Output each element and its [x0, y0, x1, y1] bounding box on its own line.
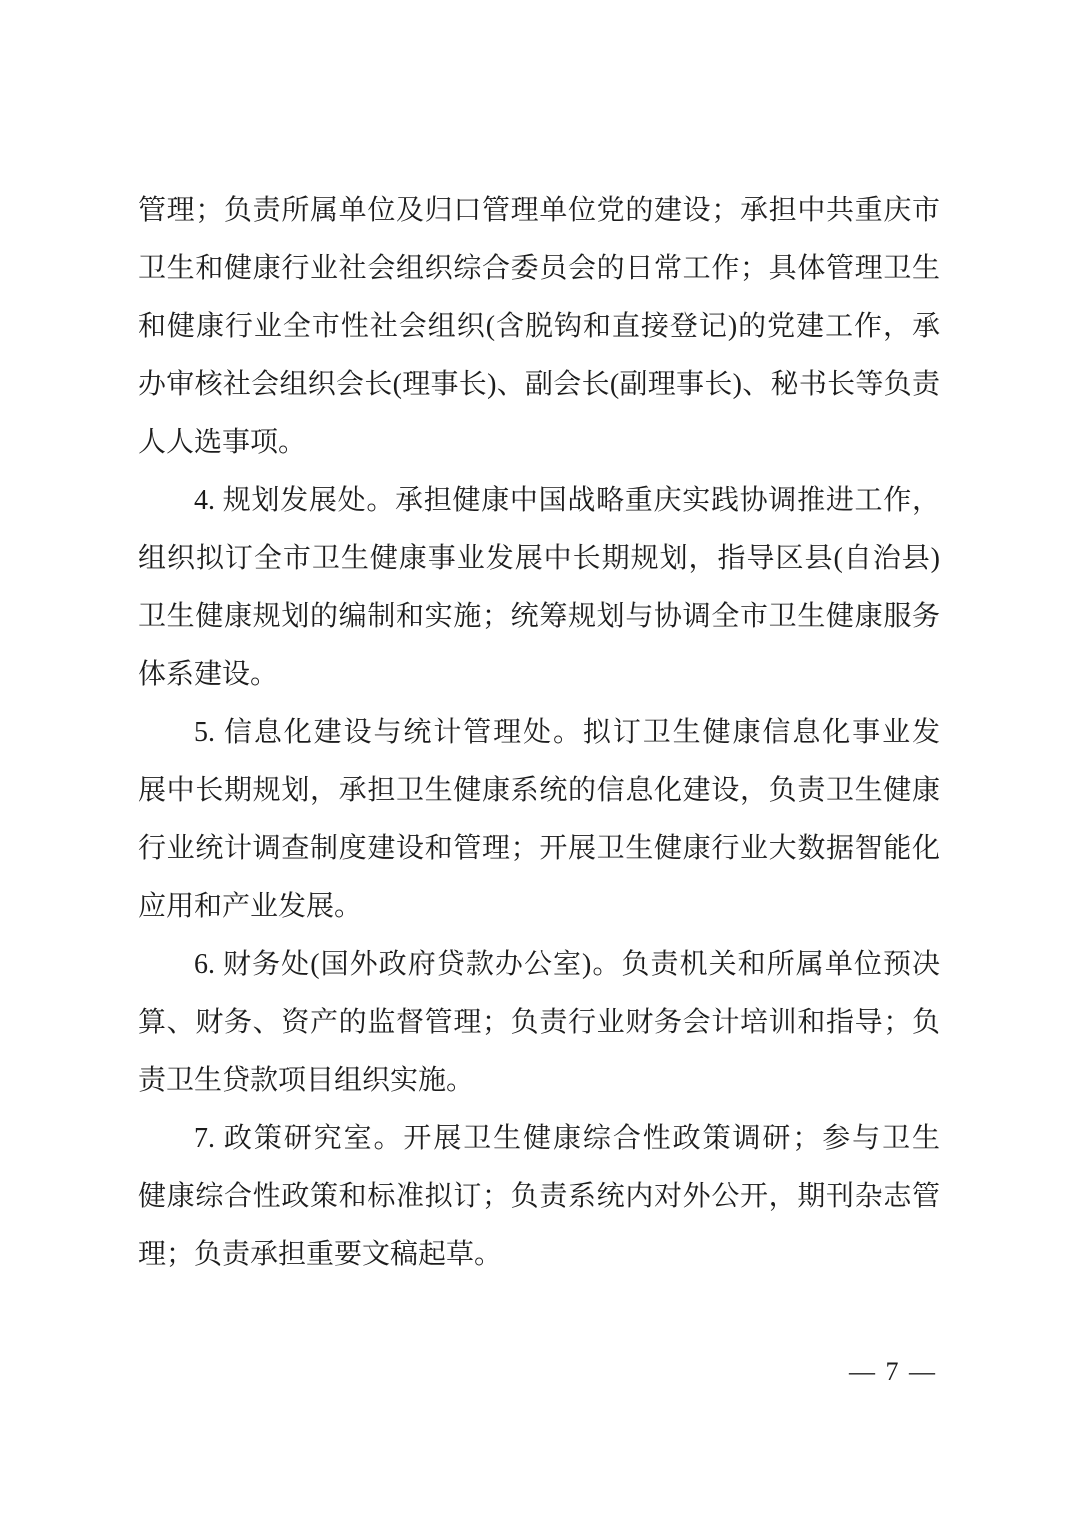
paragraph-line: 和健康行业全市性社会组织(含脱钩和直接登记)的党建工作，承 — [138, 298, 940, 356]
page-number: — 7 — — [849, 1352, 937, 1392]
paragraph-line: 办审核社会组织会长(理事长)、副会长(副理事长)、秘书长等负责 — [138, 356, 940, 414]
document-page: 管理；负责所属单位及归口管理单位党的建设；承担中共重庆市卫生和健康行业社会组织综… — [0, 0, 1074, 1520]
paragraph: 4. 规划发展处。承担健康中国战略重庆实践协调推进工作，组织拟订全市卫生健康事业… — [138, 472, 940, 704]
paragraph-line: 展中长期规划，承担卫生健康系统的信息化建设，负责卫生健康 — [138, 762, 940, 820]
paragraph-line: 7. 政策研究室。开展卫生健康综合性政策调研；参与卫生 — [138, 1110, 940, 1168]
paragraph: 5. 信息化建设与统计管理处。拟订卫生健康信息化事业发展中长期规划，承担卫生健康… — [138, 704, 940, 936]
paragraph-line: 卫生健康规划的编制和实施；统筹规划与协调全市卫生健康服务 — [138, 588, 940, 646]
paragraph-line: 组织拟订全市卫生健康事业发展中长期规划，指导区县(自治县) — [138, 530, 940, 588]
paragraph-line: 应用和产业发展。 — [138, 878, 940, 936]
paragraph-line: 管理；负责所属单位及归口管理单位党的建设；承担中共重庆市 — [138, 182, 940, 240]
paragraph-line: 健康综合性政策和标准拟订；负责系统内对外公开，期刊杂志管 — [138, 1168, 940, 1226]
paragraph-line: 责卫生贷款项目组织实施。 — [138, 1052, 940, 1110]
paragraph: 6. 财务处(国外政府贷款办公室)。负责机关和所属单位预决算、财务、资产的监督管… — [138, 936, 940, 1110]
paragraph-line: 5. 信息化建设与统计管理处。拟订卫生健康信息化事业发 — [138, 704, 940, 762]
paragraph-line: 体系建设。 — [138, 646, 940, 704]
document-body: 管理；负责所属单位及归口管理单位党的建设；承担中共重庆市卫生和健康行业社会组织综… — [138, 182, 940, 1284]
paragraph-line: 6. 财务处(国外政府贷款办公室)。负责机关和所属单位预决 — [138, 936, 940, 994]
paragraph-line: 算、财务、资产的监督管理；负责行业财务会计培训和指导；负 — [138, 994, 940, 1052]
paragraph-line: 人人选事项。 — [138, 414, 940, 472]
paragraph-line: 卫生和健康行业社会组织综合委员会的日常工作；具体管理卫生 — [138, 240, 940, 298]
paragraph-line: 理；负责承担重要文稿起草。 — [138, 1226, 940, 1284]
paragraph: 7. 政策研究室。开展卫生健康综合性政策调研；参与卫生健康综合性政策和标准拟订；… — [138, 1110, 940, 1284]
paragraph: 管理；负责所属单位及归口管理单位党的建设；承担中共重庆市卫生和健康行业社会组织综… — [138, 182, 940, 472]
paragraph-line: 4. 规划发展处。承担健康中国战略重庆实践协调推进工作， — [138, 472, 940, 530]
paragraph-line: 行业统计调查制度建设和管理；开展卫生健康行业大数据智能化 — [138, 820, 940, 878]
